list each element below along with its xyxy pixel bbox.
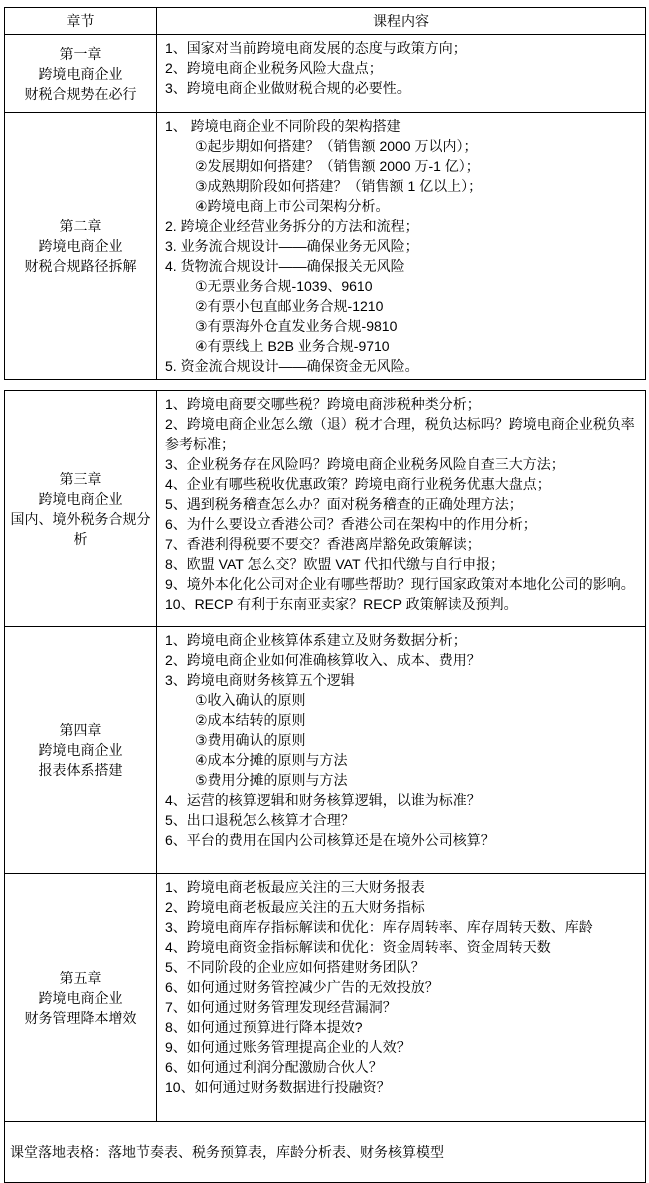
- content-line: 2. 跨境企业经营业务拆分的方法和流程；: [165, 216, 639, 236]
- chapter-title-line: 第四章: [10, 720, 151, 740]
- content-line: 1、跨境电商企业核算体系建立及财务数据分析；: [165, 630, 639, 650]
- content-line: 3、跨境电商企业做财税合规的必要性。: [165, 78, 639, 98]
- content-line: ①收入确认的原则: [165, 690, 639, 710]
- content-line: ②发展期如何搭建？（销售额 2000 万-1 亿）；: [165, 156, 639, 176]
- chapter-title-line: 第五章: [10, 968, 151, 988]
- content-line: 4、企业有哪些税收优惠政策？跨境电商行业税务优惠大盘点；: [165, 474, 639, 494]
- content-line: 1、 跨境电商企业不同阶段的架构搭建: [165, 116, 639, 136]
- course-table-top: 章节 课程内容 第一章跨境电商企业财税合规势在必行1、国家对当前跨境电商发展的态…: [4, 7, 646, 380]
- chapter-content-cell: 1、跨境电商要交哪些税？跨境电商涉税种类分析；2、跨境电商企业怎么缴（退）税才合…: [157, 391, 646, 627]
- chapter-title-line: 第一章: [10, 44, 151, 64]
- content-line: 5、遇到税务稽查怎么办？面对税务稽查的正确处理方法；: [165, 494, 639, 514]
- chapter-row: 第五章跨境电商企业财务管理降本增效1、跨境电商老板最应关注的三大财务报表2、跨境…: [5, 874, 646, 1122]
- content-line: 7、香港利得税要不要交？香港离岸豁免政策解读；: [165, 534, 639, 554]
- content-line: 4. 货物流合规设计——确保报关无风险: [165, 256, 639, 276]
- chapter-title-line: 跨境电商企业: [10, 740, 151, 760]
- chapter-content-cell: 1、跨境电商企业核算体系建立及财务数据分析；2、跨境电商企业如何准确核算收入、成…: [157, 627, 646, 874]
- column-header-chapter: 章节: [5, 8, 157, 35]
- content-line: 5. 资金流合规设计——确保资金无风险。: [165, 356, 639, 376]
- content-line: ②有票小包直邮业务合规-1210: [165, 296, 639, 316]
- content-line: 1、跨境电商老板最应关注的三大财务报表: [165, 877, 639, 897]
- chapter-content-cell: 1、国家对当前跨境电商发展的态度与政策方向；2、跨境电商企业税务风险大盘点；3、…: [157, 35, 646, 113]
- footer-note: 课堂落地表格：落地节奏表、税务预算表，库龄分析表、财务核算模型: [5, 1122, 646, 1183]
- content-line: 3、跨境电商财务核算五个逻辑: [165, 670, 639, 690]
- content-line: 10、如何通过财务数据进行投融资？: [165, 1077, 639, 1097]
- content-line: ③费用确认的原则: [165, 730, 639, 750]
- content-line: ④跨境电商上市公司架构分析。: [165, 196, 639, 216]
- content-line: 6、如何通过利润分配激励合伙人？: [165, 1057, 639, 1077]
- content-line: 1、跨境电商要交哪些税？跨境电商涉税种类分析；: [165, 394, 639, 414]
- content-line: 3、企业税务存在风险吗？跨境电商企业税务风险自查三大方法；: [165, 454, 639, 474]
- content-line: 2、跨境电商企业如何准确核算收入、成本、费用？: [165, 650, 639, 670]
- chapter-row: 第二章跨境电商企业财税合规路径拆解1、 跨境电商企业不同阶段的架构搭建①起步期如…: [5, 113, 646, 380]
- chapter-title-line: 财税合规势在必行: [10, 84, 151, 104]
- content-line: 3. 业务流合规设计——确保业务无风险；: [165, 236, 639, 256]
- content-line: ⑤费用分摊的原则与方法: [165, 770, 639, 790]
- footer-row: 课堂落地表格：落地节奏表、税务预算表，库龄分析表、财务核算模型: [5, 1122, 646, 1183]
- content-line: 1、国家对当前跨境电商发展的态度与政策方向；: [165, 38, 639, 58]
- chapter-content-cell: 1、跨境电商老板最应关注的三大财务报表2、跨境电商老板最应关注的五大财务指标3、…: [157, 874, 646, 1122]
- content-line: 4、跨境电商资金指标解读和优化：资金周转率、资金周转天数: [165, 937, 639, 957]
- course-table-bottom: 第三章跨境电商企业国内、境外税务合规分析1、跨境电商要交哪些税？跨境电商涉税种类…: [4, 390, 646, 1183]
- content-line: 6、为什么要设立香港公司？香港公司在架构中的作用分析；: [165, 514, 639, 534]
- chapter-title-line: 跨境电商企业: [10, 489, 151, 509]
- chapter-row: 第一章跨境电商企业财税合规势在必行1、国家对当前跨境电商发展的态度与政策方向；2…: [5, 35, 646, 113]
- column-header-content: 课程内容: [157, 8, 646, 35]
- content-line: ①起步期如何搭建？（销售额 2000 万以内）；: [165, 136, 639, 156]
- content-line: 9、境外本化化公司对企业有哪些帮助？现行国家政策对本地化公司的影响。: [165, 574, 639, 594]
- content-line: ③成熟期阶段如何搭建？（销售额 1 亿以上）；: [165, 176, 639, 196]
- chapter-title-line: 跨境电商企业: [10, 988, 151, 1008]
- content-line: 8、如何通过预算进行降本提效?: [165, 1017, 639, 1037]
- chapter-title-cell: 第四章跨境电商企业报表体系搭建: [5, 627, 157, 874]
- chapter-title-line: 第三章: [10, 469, 151, 489]
- content-line: 7、如何通过财务管理发现经营漏洞？: [165, 997, 639, 1017]
- chapter-title-line: 报表体系搭建: [10, 760, 151, 780]
- chapter-title-line: 财税合规路径拆解: [10, 256, 151, 276]
- content-line: 8、欧盟 VAT 怎么交？欧盟 VAT 代扣代缴与自行申报；: [165, 554, 639, 574]
- chapter-row: 第三章跨境电商企业国内、境外税务合规分析1、跨境电商要交哪些税？跨境电商涉税种类…: [5, 391, 646, 627]
- content-line: 2、跨境电商老板最应关注的五大财务指标: [165, 897, 639, 917]
- chapter-content-cell: 1、 跨境电商企业不同阶段的架构搭建①起步期如何搭建？（销售额 2000 万以内…: [157, 113, 646, 380]
- content-line: 5、不同阶段的企业应如何搭建财务团队？: [165, 957, 639, 977]
- content-line: 6、如何通过财务管控减少广告的无效投放？: [165, 977, 639, 997]
- chapter-title-cell: 第二章跨境电商企业财税合规路径拆解: [5, 113, 157, 380]
- chapter-title-cell: 第一章跨境电商企业财税合规势在必行: [5, 35, 157, 113]
- content-line: ③有票海外仓直发业务合规-9810: [165, 316, 639, 336]
- course-outline-document: 章节 课程内容 第一章跨境电商企业财税合规势在必行1、国家对当前跨境电商发展的态…: [0, 0, 649, 1182]
- chapter-title-line: 第二章: [10, 216, 151, 236]
- chapter-title-line: 财务管理降本增效: [10, 1008, 151, 1028]
- content-line: 9、如何通过账务管理提高企业的人效？: [165, 1037, 639, 1057]
- content-line: ②成本结转的原则: [165, 710, 639, 730]
- chapter-title-line: 跨境电商企业: [10, 236, 151, 256]
- content-line: 2、跨境电商企业税务风险大盘点；: [165, 58, 639, 78]
- chapter-title-cell: 第三章跨境电商企业国内、境外税务合规分析: [5, 391, 157, 627]
- content-line: 5、出口退税怎么核算才合理？: [165, 810, 639, 830]
- chapter-title-line: 跨境电商企业: [10, 64, 151, 84]
- content-line: ④成本分摊的原则与方法: [165, 750, 639, 770]
- content-line: 10、RECP 有利于东南亚卖家？RECP 政策解读及预判。: [165, 594, 639, 614]
- content-line: 6、平台的费用在国内公司核算还是在境外公司核算？: [165, 830, 639, 850]
- content-line: ①无票业务合规-1039、9610: [165, 276, 639, 296]
- content-line: 4、运营的核算逻辑和财务核算逻辑，以谁为标准？: [165, 790, 639, 810]
- content-line: ④有票线上 B2B 业务合规-9710: [165, 336, 639, 356]
- chapter-row: 第四章跨境电商企业报表体系搭建1、跨境电商企业核算体系建立及财务数据分析；2、跨…: [5, 627, 646, 874]
- chapter-title-cell: 第五章跨境电商企业财务管理降本增效: [5, 874, 157, 1122]
- content-line: 3、跨境电商库存指标解读和优化：库存周转率、库存周转天数、库龄: [165, 917, 639, 937]
- chapter-title-line: 国内、境外税务合规分析: [10, 509, 151, 549]
- content-line: 2、跨境电商企业怎么缴（退）税才合理，税负达标吗？跨境电商企业税负率参考标准；: [165, 414, 639, 454]
- table-header-row: 章节 课程内容: [5, 8, 646, 35]
